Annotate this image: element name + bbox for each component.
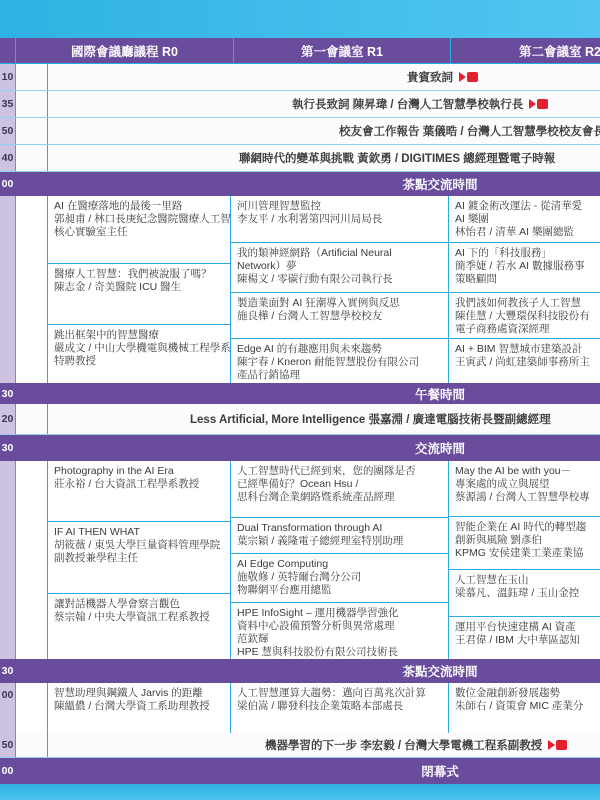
talk-block: Photography in the AI Era 莊永裕 / 台大資訊工程學系… (0, 461, 600, 659)
keynote-text-wrap: 執行長致詞 陳昇瑋 / 台灣人工智慧學校執行長 (48, 91, 600, 117)
room-r2-column: 數位金融創新發展趨勢 朱師右 / 資策會 MIC 產業分 (449, 683, 600, 733)
talk-line: Dual Transformation through AI (237, 522, 442, 535)
keynote-text-wrap: 聯網時代的變革與挑戰 黃欽勇 / DIGITIMES 總經理暨電子時報 (48, 145, 600, 171)
talk-line: 數位金融創新發展趨勢 (455, 687, 600, 700)
talk-line: AI + BIM 智慧城市建築設計 (455, 343, 600, 356)
talk-line: 跳出框架中的智慧醫療 (54, 329, 224, 342)
talk-line: 策略顧問 (455, 273, 600, 286)
talk-line: 物聯網平台應用總監 (237, 584, 442, 597)
talk-line: 范欽輝 (237, 633, 442, 646)
spacer-cell (16, 196, 48, 383)
keynote-text-wrap: 校友會工作報告 葉儀晧 / 台灣人工智慧學校校友會長 (48, 118, 600, 144)
talk-cell: Photography in the AI Era 莊永裕 / 台大資訊工程學系… (48, 461, 231, 522)
keynote-row: 50 校友會工作報告 葉儀晧 / 台灣人工智慧學校校友會長 (0, 118, 600, 145)
keynote-text-wrap: 機器學習的下一步 李宏毅 / 台灣大學電機工程系副教授 (48, 733, 600, 757)
time-cell: 10 (0, 64, 16, 90)
talk-cell: Edge AI 的有趣應用與未來趨勢 陳宇春 / Kneron 耐能智慧股份有限… (231, 339, 449, 383)
room-header-r2: 第二會議室 R2 (451, 38, 600, 63)
time-cell (0, 461, 16, 659)
room-r1-column: 人工智慧運算大趨勢：邁向百萬兆次計算 梁伯嵩 / 聯發科技企業策略本部處長 (231, 683, 449, 733)
room-r1-column: 河川管理智慧監控 李友平 / 水利署第四河川局局長 我的類神經網路（Artifi… (231, 196, 449, 383)
talk-line: 簡季婕 / 若水 AI 數據服務事 (455, 260, 600, 273)
talk-cell: AI 下的「科技服務」 簡季婕 / 若水 AI 數據服務事 策略顧問 (449, 243, 600, 293)
room-r1-column: 人工智慧時代已經到來，您的團隊是否 已經準備好？Ocean Hsu / 思科台灣… (231, 461, 449, 659)
talk-line: 朱師右 / 資策會 MIC 產業分 (455, 700, 600, 713)
table-header-row: 國際會議廳議程 R0 第一會議室 R1 第二會議室 R2 (0, 38, 600, 64)
time-cell (0, 196, 16, 383)
time-column-header (0, 38, 16, 63)
spacer-cell (16, 404, 48, 434)
time-cell: 35 (0, 91, 16, 117)
talk-cell: 我們該如何教孩子人工智慧 陳佳慧 / 大豐環保科技股份有 電子商務處資深經理 (449, 293, 600, 338)
talk-line: 醫療人工智慧：我們被說服了嗎？ (54, 268, 224, 281)
banner-label: 閉幕式 (0, 762, 600, 780)
keynote-title: 機器學習的下一步 李宏毅 / 台灣大學電機工程系副教授 (265, 737, 542, 753)
talk-line: 蔡宗翰 / 中央大學資訊工程系教授 (54, 611, 224, 624)
talk-line: 嚴成文 / 中山大學機電與機械工程學系 (54, 342, 224, 355)
talk-line: 讓對話機器人學會察言觀色 (54, 598, 224, 611)
talk-line: 資料中心設備預警分析與異常處理 (237, 620, 442, 633)
keynote-title: 聯網時代的變革與挑戰 黃欽勇 / DIGITIMES 總經理暨電子時報 (239, 150, 555, 166)
talk-line: 思科台灣企業網路暨系統產品經理 (237, 491, 442, 504)
room-r0-column: 智慧助理與鋼鐵人 Jarvis 的距離 陳縕儂 / 台灣大學資工系助理教授 (48, 683, 231, 733)
time-cell: 40 (0, 145, 16, 171)
talk-line: 陳楊文 / 零碳行動有限公司執行長 (237, 273, 442, 286)
talk-line: KPMG 安侯建業工業產業協 (455, 547, 600, 560)
talk-line: 創新與風險 劉彥伯 (455, 534, 600, 547)
room-r0-column: Photography in the AI Era 莊永裕 / 台大資訊工程學系… (48, 461, 231, 659)
keynote-row: 20 Less Artificial, More Intelligence 張嘉… (0, 404, 600, 435)
talk-cell: AI + BIM 智慧城市建築設計 王寅武 / 尚虹建築師事務所主 (449, 339, 600, 383)
talk-line: 製造業面對 AI 狂潮導入實例與反思 (237, 297, 442, 310)
talk-line: 梁慕凡、溫鈺瑋 / 玉山金控 (455, 587, 600, 600)
talk-cell: 醫療人工智慧：我們被說服了嗎？ 陳志金 / 奇美醫院 ICU 醫生 (48, 264, 231, 325)
talk-line: HPE 慧與科技股份有限公司技術長 (237, 646, 442, 659)
keynote-title: 執行長致詞 陳昇瑋 / 台灣人工智慧學校執行長 (292, 96, 523, 112)
talk-cell: 人工智慧在玉山 梁慕凡、溫鈺瑋 / 玉山金控 (449, 570, 600, 617)
talk-line: 專案處的成立與展望 (455, 478, 600, 491)
talk-cell: 運用平台快速建構 AI 資產 王君偉 / IBM 大中華區認知 (449, 617, 600, 659)
time-cell: 00 (0, 758, 15, 784)
keynote-title: Less Artificial, More Intelligence 張嘉淵 /… (190, 411, 551, 427)
talk-line: 林怡君 / 清華 AI 樂團總監 (455, 226, 600, 239)
talk-cell: 製造業面對 AI 狂潮導入實例與反思 施良樺 / 台灣人工智慧學校校友 (231, 293, 449, 338)
session-banner: 30 茶點交流時間 (0, 659, 600, 683)
talk-line: 副教授兼學程主任 (54, 552, 224, 565)
talk-line: AI 鍍金術改運法 - 從清華愛 (455, 200, 600, 213)
spacer-cell (16, 461, 48, 659)
spacer-cell (16, 683, 48, 733)
keynote-row: 40 聯網時代的變革與挑戰 黃欽勇 / DIGITIMES 總經理暨電子時報 (0, 145, 600, 172)
keynote-row: 10 貴賓致詞 (0, 64, 600, 91)
keynote-title: 貴賓致詞 (407, 69, 453, 85)
banner-label: 午餐時間 (0, 385, 600, 403)
talk-line: AI 下的「科技服務」 (455, 247, 600, 260)
talk-line: 智能企業在 AI 時代的轉型趨 (455, 521, 600, 534)
time-cell: 20 (0, 404, 16, 434)
talk-cell: 我的類神經網路（Artificial Neural Network）夢 陳楊文 … (231, 243, 449, 293)
talk-line: 陳宇春 / Kneron 耐能智慧股份有限公司 (237, 356, 442, 369)
talk-line: 特聘教授 (54, 355, 224, 368)
time-cell: 30 (0, 435, 15, 461)
talk-line: 梁伯嵩 / 聯發科技企業策略本部處長 (237, 700, 442, 713)
spacer-cell (16, 118, 48, 144)
talk-line: 運用平台快速建構 AI 資產 (455, 621, 600, 634)
talk-line: 蔡源鴻 / 台灣人工智慧學校專 (455, 491, 600, 504)
talk-line: 已經準備好？Ocean Hsu / (237, 478, 442, 491)
talk-line: 王寅武 / 尚虹建築師事務所主 (455, 356, 600, 369)
video-camera-icon (529, 98, 548, 110)
bottom-cyan-bar (0, 784, 600, 800)
talk-cell: 讓對話機器人學會察言觀色 蔡宗翰 / 中央大學資訊工程系教授 (48, 594, 231, 659)
talk-line: 人工智慧運算大趨勢：邁向百萬兆次計算 (237, 687, 442, 700)
room-r2-column: AI 鍍金術改運法 - 從清華愛 AI 樂團 林怡君 / 清華 AI 樂團總監 … (449, 196, 600, 383)
time-cell: 50 (0, 118, 16, 144)
spacer-cell (16, 91, 48, 117)
spacer-cell (16, 145, 48, 171)
session-banner: 00 茶點交流時間 (0, 172, 600, 196)
room-r0-column: AI 在醫療落地的最後一里路 郭昶甫 / 林口長庚紀念醫院醫療人工智能 核心實驗… (48, 196, 231, 383)
talk-cell: 人工智慧運算大趨勢：邁向百萬兆次計算 梁伯嵩 / 聯發科技企業策略本部處長 (231, 683, 449, 733)
banner-label: 茶點交流時間 (0, 662, 600, 680)
talk-line: 我的類神經網路（Artificial Neural (237, 247, 442, 260)
talk-line: 人工智慧在玉山 (455, 574, 600, 587)
talk-line: 我們該如何教孩子人工智慧 (455, 297, 600, 310)
agenda-page: 國際會議廳議程 R0 第一會議室 R1 第二會議室 R2 10 貴賓致詞 35 … (0, 0, 600, 800)
talk-line: AI Edge Computing (237, 558, 442, 571)
keynote-text-wrap: Less Artificial, More Intelligence 張嘉淵 /… (48, 404, 600, 434)
talk-cell: May the AI be with you－ 專案處的成立與展望 蔡源鴻 / … (449, 461, 600, 517)
talk-cell: HPE InfoSight – 運用機器學習強化 資料中心設備預警分析與異常處理… (231, 603, 449, 659)
talk-cell: AI 鍍金術改運法 - 從清華愛 AI 樂團 林怡君 / 清華 AI 樂團總監 (449, 196, 600, 243)
talk-line: 陳縕儂 / 台灣大學資工系助理教授 (54, 700, 224, 713)
talk-line: 王君偉 / IBM 大中華區認知 (455, 634, 600, 647)
talk-cell: 跳出框架中的智慧醫療 嚴成文 / 中山大學機電與機械工程學系 特聘教授 (48, 325, 231, 383)
talk-line: Photography in the AI Era (54, 465, 224, 478)
talk-line: AI 樂團 (455, 213, 600, 226)
room-header-r1: 第一會議室 R1 (234, 38, 451, 63)
spacer-cell (16, 733, 48, 757)
talk-cell: AI 在醫療落地的最後一里路 郭昶甫 / 林口長庚紀念醫院醫療人工智能 核心實驗… (48, 196, 231, 264)
keynote-text-wrap: 貴賓致詞 (48, 64, 600, 90)
talk-line: HPE InfoSight – 運用機器學習強化 (237, 607, 442, 620)
video-camera-icon (459, 71, 478, 83)
talk-line: IF AI THEN WHAT (54, 526, 224, 539)
talk-line: 胡筱薇 / 東吳大學巨量資料管理學院 (54, 539, 224, 552)
talk-cell: 河川管理智慧監控 李友平 / 水利署第四河川局局長 (231, 196, 449, 243)
room-r2-column: May the AI be with you－ 專案處的成立與展望 蔡源鴻 / … (449, 461, 600, 659)
talk-line: 智慧助理與鋼鐵人 Jarvis 的距離 (54, 687, 224, 700)
talk-line: 陳志金 / 奇美醫院 ICU 醫生 (54, 281, 224, 294)
keynote-row: 35 執行長致詞 陳昇瑋 / 台灣人工智慧學校執行長 (0, 91, 600, 118)
talk-cell: 人工智慧時代已經到來，您的團隊是否 已經準備好？Ocean Hsu / 思科台灣… (231, 461, 449, 518)
room-header-r0: 國際會議廳議程 R0 (16, 38, 234, 63)
banner-label: 交流時間 (0, 439, 600, 457)
time-cell: 00 (0, 172, 15, 196)
time-cell: 50 (0, 733, 16, 757)
agenda-table: 國際會議廳議程 R0 第一會議室 R1 第二會議室 R2 10 貴賓致詞 35 … (0, 38, 600, 784)
spacer-cell (16, 64, 48, 90)
talk-cell: Dual Transformation through AI 葉宗穎 / 義隆電… (231, 518, 449, 554)
talk-line: May the AI be with you－ (455, 465, 600, 478)
talk-cell: 智能企業在 AI 時代的轉型趨 創新與風險 劉彥伯 KPMG 安侯建業工業產業協 (449, 517, 600, 571)
session-banner: 30 午餐時間 (0, 383, 600, 404)
video-camera-icon (548, 739, 567, 751)
banner-label: 茶點交流時間 (0, 175, 600, 193)
talk-line: 核心實驗室主任 (54, 226, 224, 239)
keynote-row: 50 機器學習的下一步 李宏毅 / 台灣大學電機工程系副教授 (0, 733, 600, 758)
session-banner: 00 閉幕式 (0, 758, 600, 784)
talk-line: 施敬修 / 英特爾台灣分公司 (237, 571, 442, 584)
talk-cell: AI Edge Computing 施敬修 / 英特爾台灣分公司 物聯網平台應用… (231, 554, 449, 602)
talk-line: 莊永裕 / 台大資訊工程學系教授 (54, 478, 224, 491)
talk-line: 施良樺 / 台灣人工智慧學校校友 (237, 310, 442, 323)
keynote-title: 校友會工作報告 葉儀晧 / 台灣人工智慧學校校友會長 (339, 123, 600, 139)
talk-line: Edge AI 的有趣應用與未來趨勢 (237, 343, 442, 356)
session-banner: 30 交流時間 (0, 435, 600, 461)
talk-cell: 數位金融創新發展趨勢 朱師右 / 資策會 MIC 產業分 (449, 683, 600, 733)
talk-block: 00 智慧助理與鋼鐵人 Jarvis 的距離 陳縕儂 / 台灣大學資工系助理教授… (0, 683, 600, 733)
top-cyan-bar (0, 0, 600, 38)
time-cell: 30 (0, 659, 15, 683)
talk-line: Network）夢 (237, 260, 442, 273)
talk-line: 電子商務處資深經理 (455, 323, 600, 336)
talk-block: AI 在醫療落地的最後一里路 郭昶甫 / 林口長庚紀念醫院醫療人工智能 核心實驗… (0, 196, 600, 383)
talk-line: AI 在醫療落地的最後一里路 (54, 200, 224, 213)
talk-line: 郭昶甫 / 林口長庚紀念醫院醫療人工智能 (54, 213, 224, 226)
talk-line: 河川管理智慧監控 (237, 200, 442, 213)
talk-line: 李友平 / 水利署第四河川局局長 (237, 213, 442, 226)
talk-cell: 智慧助理與鋼鐵人 Jarvis 的距離 陳縕儂 / 台灣大學資工系助理教授 (48, 683, 231, 733)
talk-line: 人工智慧時代已經到來，您的團隊是否 (237, 465, 442, 478)
talk-cell: IF AI THEN WHAT 胡筱薇 / 東吳大學巨量資料管理學院 副教授兼學… (48, 522, 231, 594)
talk-line: 產品行銷協理 (237, 369, 442, 382)
time-cell: 30 (0, 383, 15, 404)
talk-line: 陳佳慧 / 大豐環保科技股份有 (455, 310, 600, 323)
talk-line: 葉宗穎 / 義隆電子總經理室特別助理 (237, 535, 442, 548)
time-cell: 00 (0, 683, 16, 733)
